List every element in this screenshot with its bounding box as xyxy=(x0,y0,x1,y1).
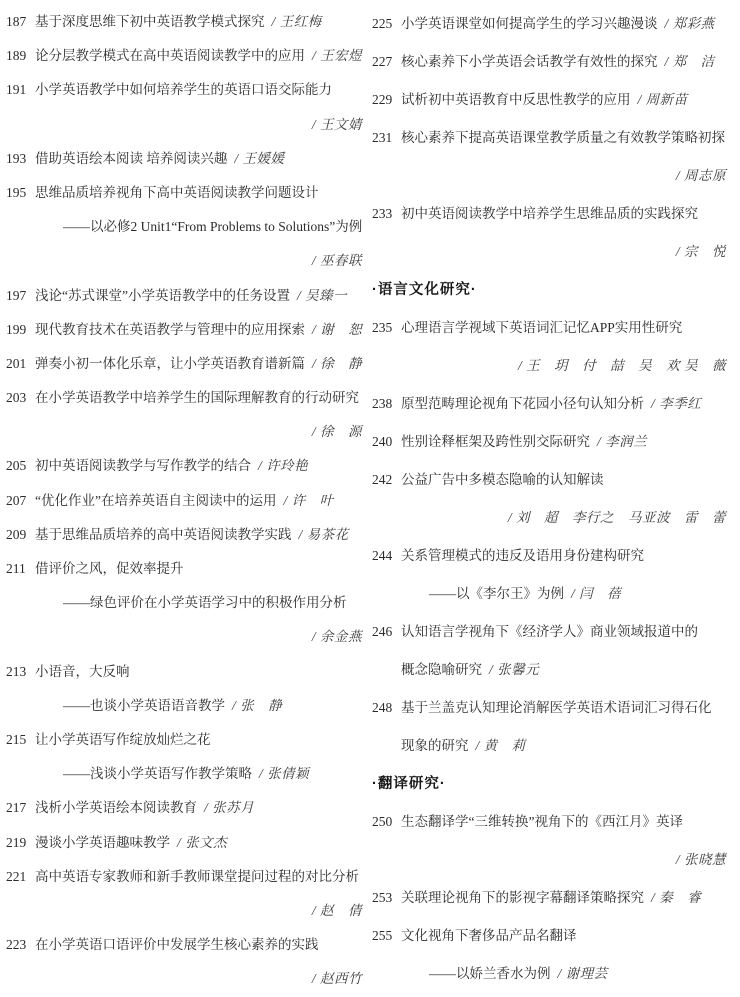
entry-page-number: 203 xyxy=(6,381,35,415)
toc-entry: 255文化视角下奢侈品产品名翻译 xyxy=(372,917,736,955)
entry-author: / 王宏煜 xyxy=(312,48,362,63)
entry-author: / 张倩颖 xyxy=(259,766,309,781)
entry-title: 小学英语课堂如何提高学生的学习兴趣漫谈 xyxy=(401,16,658,31)
entry-title: 借评价之风，促效率提升 xyxy=(35,561,184,576)
toc-entry: 248基于兰盖克认知理论消解医学英语术语词汇习得石化 xyxy=(372,689,736,727)
toc-entry: 231核心素养下提高英语课堂教学质量之有效教学策略初探 xyxy=(372,119,736,157)
entry-page-number: 233 xyxy=(372,195,401,233)
entry-title: 浅析小学英语绘本阅读教育 xyxy=(35,800,197,815)
entry-page-number: 255 xyxy=(372,917,401,955)
toc-entry: 253关联理论视角下的影视字幕翻译策略探究/ 秦 睿 xyxy=(372,879,736,917)
entry-title: 核心素养下提高英语课堂教学质量之有效教学策略初探 xyxy=(401,130,725,145)
entry-title: 试析初中英语教育中反思性教学的应用 xyxy=(401,92,631,107)
entry-author: / 巫春联 xyxy=(312,253,362,268)
toc-entry: 227核心素养下小学英语会话教学有效性的探究/ 郑 洁 xyxy=(372,43,736,81)
entry-page-number: 242 xyxy=(372,461,401,499)
entry-author: / 易茶花 xyxy=(299,527,349,542)
toc-entry: 246认知语言学视角下《经济学人》商业领域报道中的 xyxy=(372,613,736,651)
journal-toc-page: 187基于深度思维下初中英语教学模式探究/ 王红梅189论分层教学模式在高中英语… xyxy=(0,0,740,997)
section-header: ·翻译研究· xyxy=(372,765,736,803)
toc-entry: 225小学英语课堂如何提高学生的学习兴趣漫谈/ 郑彩燕 xyxy=(372,5,736,43)
toc-entry-dash: ——绿色评价在小学英语学习中的积极作用分析 xyxy=(6,586,372,620)
toc-entry-author-line: / 王文婧 xyxy=(6,108,372,142)
toc-entry-author-line: / 张晓慧 xyxy=(372,841,736,879)
entry-author: / 赵 倩 xyxy=(312,903,362,918)
entry-subtitle: 概念隐喻研究 xyxy=(401,662,482,677)
entry-page-number: 195 xyxy=(6,176,35,210)
entry-page-number: 253 xyxy=(372,879,401,917)
toc-entry-author-line: / 巫春联 xyxy=(6,244,372,278)
toc-entry-dash: ——以必修2 Unit1“From Problems to Solutions”… xyxy=(6,210,372,244)
toc-entry-author-line: / 宗 悦 xyxy=(372,233,736,271)
entry-page-number: 231 xyxy=(372,119,401,157)
entry-title: “优化作业”在培养英语自主阅读中的运用 xyxy=(35,493,276,508)
entry-page-number: 250 xyxy=(372,803,401,841)
entry-title: 性别诠释框架及跨性别交际研究 xyxy=(401,434,590,449)
entry-title: 基于深度思维下初中英语教学模式探究 xyxy=(35,14,265,29)
entry-title: 论分层教学模式在高中英语阅读教学中的应用 xyxy=(35,48,305,63)
entry-author: / 张文杰 xyxy=(177,835,227,850)
entry-page-number: 201 xyxy=(6,347,35,381)
entry-title: 初中英语阅读教学与写作教学的结合 xyxy=(35,458,251,473)
entry-page-number: 209 xyxy=(6,518,35,552)
entry-title: 漫谈小学英语趣味教学 xyxy=(35,835,170,850)
entry-page-number: 217 xyxy=(6,791,35,825)
toc-entry: 197浅论“苏式课堂”小学英语教学中的任务设置/ 吴臻一 xyxy=(6,279,372,313)
toc-entry: 189论分层教学模式在高中英语阅读教学中的应用/ 王宏煜 xyxy=(6,39,372,73)
toc-entry: 242公益广告中多模态隐喻的认知解读 xyxy=(372,461,736,499)
toc-entry-author-line: / 赵西竹 xyxy=(6,962,372,996)
entry-author: / 吴臻一 xyxy=(297,288,347,303)
entry-subtitle: ——以必修2 Unit1“From Problems to Solutions”… xyxy=(63,219,362,234)
entry-page-number: 246 xyxy=(372,613,401,651)
entry-author: / 王媛媛 xyxy=(234,151,284,166)
entry-title: 原型范畴理论视角下花园小径句认知分析 xyxy=(401,396,644,411)
entry-title: 生态翻译学“三维转换”视角下的《西江月》英译 xyxy=(401,814,683,829)
toc-entry: 219漫谈小学英语趣味教学/ 张文杰 xyxy=(6,826,372,860)
entry-title: 初中英语阅读教学中培养学生思维品质的实践探究 xyxy=(401,206,698,221)
entry-author: / 宗 悦 xyxy=(676,244,726,259)
entry-page-number: 223 xyxy=(6,928,35,962)
entry-page-number: 225 xyxy=(372,5,401,43)
toc-entry: 223在小学英语口语评价中发展学生核心素养的实践 xyxy=(6,928,372,962)
entry-author: / 徐 源 xyxy=(312,424,362,439)
entry-page-number: 219 xyxy=(6,826,35,860)
toc-entry: 207“优化作业”在培养英语自主阅读中的运用/ 许 叶 xyxy=(6,484,372,518)
entry-author: / 闫 蓓 xyxy=(571,586,621,601)
entry-title: 关系管理模式的违反及语用身份建构研究 xyxy=(401,548,644,563)
toc-entry: 209基于思维品质培养的高中英语阅读教学实践/ 易茶花 xyxy=(6,518,372,552)
entry-page-number: 229 xyxy=(372,81,401,119)
entry-author: / 王文婧 xyxy=(312,117,362,132)
entry-author: / 张晓慧 xyxy=(676,852,726,867)
entry-page-number: 197 xyxy=(6,279,35,313)
toc-entry: 205初中英语阅读教学与写作教学的结合/ 许玲艳 xyxy=(6,449,372,483)
entry-author: / 王 玥 付 喆 吴 欢 吴 薇 xyxy=(518,358,726,373)
entry-page-number: 240 xyxy=(372,423,401,461)
entry-author: / 张 静 xyxy=(232,698,282,713)
toc-entry: 238原型范畴理论视角下花园小径句认知分析/ 李季红 xyxy=(372,385,736,423)
toc-entry-cont: 现象的研究/ 黄 莉 xyxy=(372,727,736,765)
entry-author: / 许玲艳 xyxy=(258,458,308,473)
entry-page-number: 221 xyxy=(6,860,35,894)
entry-title: 思维品质培养视角下高中英语阅读教学问题设计 xyxy=(35,185,319,200)
entry-title: 在小学英语口语评价中发展学生核心素养的实践 xyxy=(35,937,319,952)
toc-entry: 215让小学英语写作绽放灿烂之花 xyxy=(6,723,372,757)
toc-entry: 213小语音，大反响 xyxy=(6,655,372,689)
toc-entry-author-line: / 周志原 xyxy=(372,157,736,195)
toc-entry: 244关系管理模式的违反及语用身份建构研究 xyxy=(372,537,736,575)
entry-title: 让小学英语写作绽放灿烂之花 xyxy=(35,732,211,747)
toc-entry: 221高中英语专家教师和新手教师课堂提问过程的对比分析 xyxy=(6,860,372,894)
entry-author: / 李润兰 xyxy=(597,434,647,449)
toc-entry-dash: ——浅谈小学英语写作教学策略/ 张倩颖 xyxy=(6,757,372,791)
toc-entry: 240性别诠释框架及跨性别交际研究/ 李润兰 xyxy=(372,423,736,461)
toc-entry-cont: 概念隐喻研究/ 张馨元 xyxy=(372,651,736,689)
entry-author: / 王红梅 xyxy=(272,14,322,29)
entry-subtitle: ——也谈小学英语语音教学 xyxy=(63,698,225,713)
entry-title: 弹奏小初一体化乐章，让小学英语教育谱新篇 xyxy=(35,356,305,371)
entry-page-number: 193 xyxy=(6,142,35,176)
toc-entry: 191小学英语教学中如何培养学生的英语口语交际能力 xyxy=(6,73,372,107)
entry-page-number: 215 xyxy=(6,723,35,757)
entry-page-number: 207 xyxy=(6,484,35,518)
toc-entry-dash: ——以《李尔王》为例/ 闫 蓓 xyxy=(372,575,736,613)
toc-column-left: 187基于深度思维下初中英语教学模式探究/ 王红梅189论分层教学模式在高中英语… xyxy=(6,5,372,997)
entry-title: 在小学英语教学中培养学生的国际理解教育的行动研究 xyxy=(35,390,359,405)
entry-author: / 余金燕 xyxy=(312,629,362,644)
entry-title: 核心素养下小学英语会话教学有效性的探究 xyxy=(401,54,658,69)
entry-subtitle: ——以娇兰香水为例 xyxy=(429,966,551,981)
entry-title: 小语音，大反响 xyxy=(35,664,130,679)
entry-author: / 周志原 xyxy=(676,168,726,183)
entry-page-number: 205 xyxy=(6,449,35,483)
entry-subtitle: ——浅谈小学英语写作教学策略 xyxy=(63,766,252,781)
toc-entry: 199现代教育技术在英语教学与管理中的应用探索/ 谢 恕 xyxy=(6,313,372,347)
entry-subtitle: 现象的研究 xyxy=(401,738,469,753)
entry-title: 浅论“苏式课堂”小学英语教学中的任务设置 xyxy=(35,288,290,303)
entry-author: / 秦 睿 xyxy=(651,890,701,905)
entry-title: 小学英语教学中如何培养学生的英语口语交际能力 xyxy=(35,82,332,97)
entry-title: 关联理论视角下的影视字幕翻译策略探究 xyxy=(401,890,644,905)
entry-page-number: 191 xyxy=(6,73,35,107)
toc-entry: 235心理语言学视域下英语词汇记忆APP实用性研究 xyxy=(372,309,736,347)
entry-page-number: 199 xyxy=(6,313,35,347)
entry-page-number: 211 xyxy=(6,552,35,586)
toc-entry: 193借助英语绘本阅读 培养阅读兴趣/ 王媛媛 xyxy=(6,142,372,176)
toc-column-right: 225小学英语课堂如何提高学生的学习兴趣漫谈/ 郑彩燕227核心素养下小学英语会… xyxy=(372,5,736,997)
entry-subtitle: ——绿色评价在小学英语学习中的积极作用分析 xyxy=(63,595,347,610)
entry-page-number: 238 xyxy=(372,385,401,423)
toc-entry: 195思维品质培养视角下高中英语阅读教学问题设计 xyxy=(6,176,372,210)
toc-entry-author-line: / 余金燕 xyxy=(6,620,372,654)
toc-entry: 187基于深度思维下初中英语教学模式探究/ 王红梅 xyxy=(6,5,372,39)
entry-title: 高中英语专家教师和新手教师课堂提问过程的对比分析 xyxy=(35,869,359,884)
entry-author: / 谢理芸 xyxy=(558,966,608,981)
toc-entry-author-line: / 赵 倩 xyxy=(6,894,372,928)
entry-author: / 徐 静 xyxy=(312,356,362,371)
entry-author: / 刘 超 李行之 马亚波 雷 蕾 xyxy=(508,510,726,525)
entry-author: / 黄 莉 xyxy=(476,738,526,753)
toc-entry-author-line: / 王 玥 付 喆 吴 欢 吴 薇 xyxy=(372,347,736,385)
entry-title: 基于兰盖克认知理论消解医学英语术语词汇习得石化 xyxy=(401,700,712,715)
entry-page-number: 189 xyxy=(6,39,35,73)
entry-author: / 谢 恕 xyxy=(312,322,362,337)
toc-entry: 217浅析小学英语绘本阅读教育/ 张苏月 xyxy=(6,791,372,825)
entry-title: 基于思维品质培养的高中英语阅读教学实践 xyxy=(35,527,292,542)
toc-entry: 229试析初中英语教育中反思性教学的应用/ 周新苗 xyxy=(372,81,736,119)
entry-title: 心理语言学视域下英语词汇记忆APP实用性研究 xyxy=(401,320,682,335)
entry-author: / 许 叶 xyxy=(283,493,333,508)
entry-author: / 郑彩燕 xyxy=(665,16,715,31)
toc-entry: 203在小学英语教学中培养学生的国际理解教育的行动研究 xyxy=(6,381,372,415)
toc-entry: 201弹奏小初一体化乐章，让小学英语教育谱新篇/ 徐 静 xyxy=(6,347,372,381)
entry-page-number: 244 xyxy=(372,537,401,575)
toc-entry: 211借评价之风，促效率提升 xyxy=(6,552,372,586)
entry-title: 认知语言学视角下《经济学人》商业领域报道中的 xyxy=(401,624,698,639)
entry-page-number: 213 xyxy=(6,655,35,689)
entry-subtitle: ——以《李尔王》为例 xyxy=(429,586,564,601)
entry-author: / 郑 洁 xyxy=(665,54,715,69)
entry-page-number: 248 xyxy=(372,689,401,727)
entry-page-number: 227 xyxy=(372,43,401,81)
entry-page-number: 187 xyxy=(6,5,35,39)
entry-author: / 李季红 xyxy=(651,396,701,411)
entry-page-number: 235 xyxy=(372,309,401,347)
toc-entry-author-line: / 刘 超 李行之 马亚波 雷 蕾 xyxy=(372,499,736,537)
entry-title: 文化视角下奢侈品产品名翻译 xyxy=(401,928,577,943)
toc-entry-dash: ——也谈小学英语语音教学/ 张 静 xyxy=(6,689,372,723)
entry-author: / 周新苗 xyxy=(638,92,688,107)
toc-entry: 250生态翻译学“三维转换”视角下的《西江月》英译 xyxy=(372,803,736,841)
entry-author: / 张苏月 xyxy=(204,800,254,815)
entry-title: 现代教育技术在英语教学与管理中的应用探索 xyxy=(35,322,305,337)
entry-title: 公益广告中多模态隐喻的认知解读 xyxy=(401,472,604,487)
entry-title: 借助英语绘本阅读 培养阅读兴趣 xyxy=(35,151,227,166)
toc-entry-dash: ——以娇兰香水为例/ 谢理芸 xyxy=(372,955,736,993)
section-header: ·语言文化研究· xyxy=(372,271,736,309)
toc-entry-author-line: / 徐 源 xyxy=(6,415,372,449)
entry-author: / 赵西竹 xyxy=(312,971,362,986)
toc-entry: 233初中英语阅读教学中培养学生思维品质的实践探究 xyxy=(372,195,736,233)
entry-author: / 张馨元 xyxy=(489,662,539,677)
